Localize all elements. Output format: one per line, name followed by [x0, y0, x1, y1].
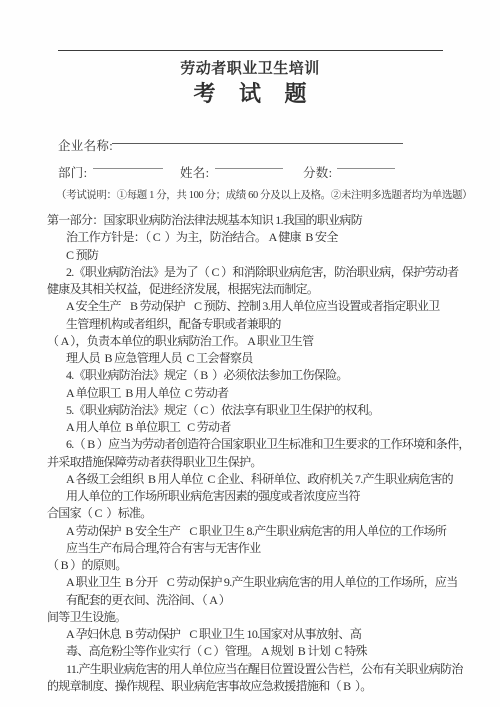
question-text-line: A 孕妇休息 B 劳动保护 C 职业卫生 10.国家对从事放射、高 [0, 626, 500, 643]
question-text-line: 间等卫生设施。 [0, 609, 500, 626]
document-title: 考 试 题 [0, 77, 500, 108]
department-label: 部门: [58, 163, 87, 181]
exam-questions-body: 第一部分：国家职业病防治法律法规基本知识 1.我国的职业病防治工作方针是：（ C… [0, 212, 500, 695]
question-text-line: 6.（ B ）应当为劳动者创造符合国家职业卫生标准和卫生要求的工作环境和条件， [0, 436, 500, 453]
name-blank-line [215, 168, 283, 169]
question-text-line: 生管理机构或者组织，配备专职或者兼职的 [0, 316, 500, 333]
exam-instructions: （考试说明：①每题 1 分，共 100 分；成绩 60 分及以上及格。②未注明多… [56, 187, 490, 202]
question-text-line: A 单位职工 B 用人单位 C 劳动者 [0, 385, 500, 402]
question-text-line: 健康及其相关权益，促进经济发展，根据宪法而制定。 [0, 281, 500, 298]
question-text-line: A 职业卫生 B 分开 C 劳动保护 9.产生职业病危害的用人单位的工作场所，应… [0, 574, 500, 591]
question-text-line: 11.产生职业病危害的用人单位应当在醒目位置设置公告栏，公布有关职业病防治 [0, 661, 500, 678]
header-rule [58, 50, 443, 51]
question-text-line: 用人单位的工作场所职业病危害因素的强度或者浓度应当符 [0, 488, 500, 505]
question-text-line: 并采取措施保障劳动者获得职业卫生保护。 [0, 454, 500, 471]
question-text-line: 合国家（ C ）标准。 [0, 505, 500, 522]
question-text-line: （ B ）的原则。 [0, 557, 500, 574]
company-name-label: 企业名称: [58, 136, 113, 154]
question-text-line: C 预防 [0, 247, 500, 264]
question-text-line: 4.《职业病防治法》规定（ B ）必须依法参加工伤保险。 [0, 367, 500, 384]
question-text-line: 毒、高危粉尘等作业实行（ C ）管理。 A 规划 B 计划 C 特殊 [0, 643, 500, 660]
exam-document-page: 劳动者职业卫生培训 考 试 题 企业名称: 部门: 姓名: 分数: （考试说明：… [0, 0, 500, 707]
question-text-line: 理人员 B 应急管理人员 C 工会督察员 [0, 350, 500, 367]
question-text-line: 应当生产布局合理,符合有害与无害作业 [0, 540, 500, 557]
score-label: 分数: [303, 163, 332, 181]
question-text-line: A 安全生产 B 劳动保护 C 预防、控制 3.用人单位应当设置或者指定职业卫 [0, 298, 500, 315]
department-blank-line [93, 168, 163, 169]
question-text-line: （ A ），负责本单位的职业病防治工作。 A 职业卫生管 [0, 333, 500, 350]
question-text-line: 5.《职业病防治法》规定（ C ）依法享有职业卫生保护的权利。 [0, 402, 500, 419]
document-subtitle: 劳动者职业卫生培训 [0, 57, 500, 78]
question-text-line: 有配套的更衣间、洗浴间、（ A ） [0, 592, 500, 609]
score-blank-line [337, 168, 395, 169]
question-text-line: A 用人单位 B 单位职工 C 劳动者 [0, 419, 500, 436]
question-text-line: 2.《职业病防治法》是为了（ C ）和消除职业病危害，防治职业病，保护劳动者 [0, 264, 500, 281]
question-text-line: 治工作方针是：（ C ）为主，防治结合。 A 健康 B 安全 [0, 229, 500, 246]
company-name-blank-line [112, 143, 403, 144]
question-text-line: 第一部分：国家职业病防治法律法规基本知识 1.我国的职业病防 [0, 212, 500, 229]
question-text-line: A 各级工会组织 B 用人单位 C 企业、科研单位、政府机关 7.产生职业病危害… [0, 471, 500, 488]
question-text-line: 的规章制度、操作规程、职业病危害事故应急救援措施和（ B ）。 [0, 678, 500, 695]
name-label: 姓名: [180, 163, 209, 181]
question-text-line: A 劳动保护 B 安全生产 C 职业卫生 8.产生职业病危害的用人单位的工作场所 [0, 523, 500, 540]
